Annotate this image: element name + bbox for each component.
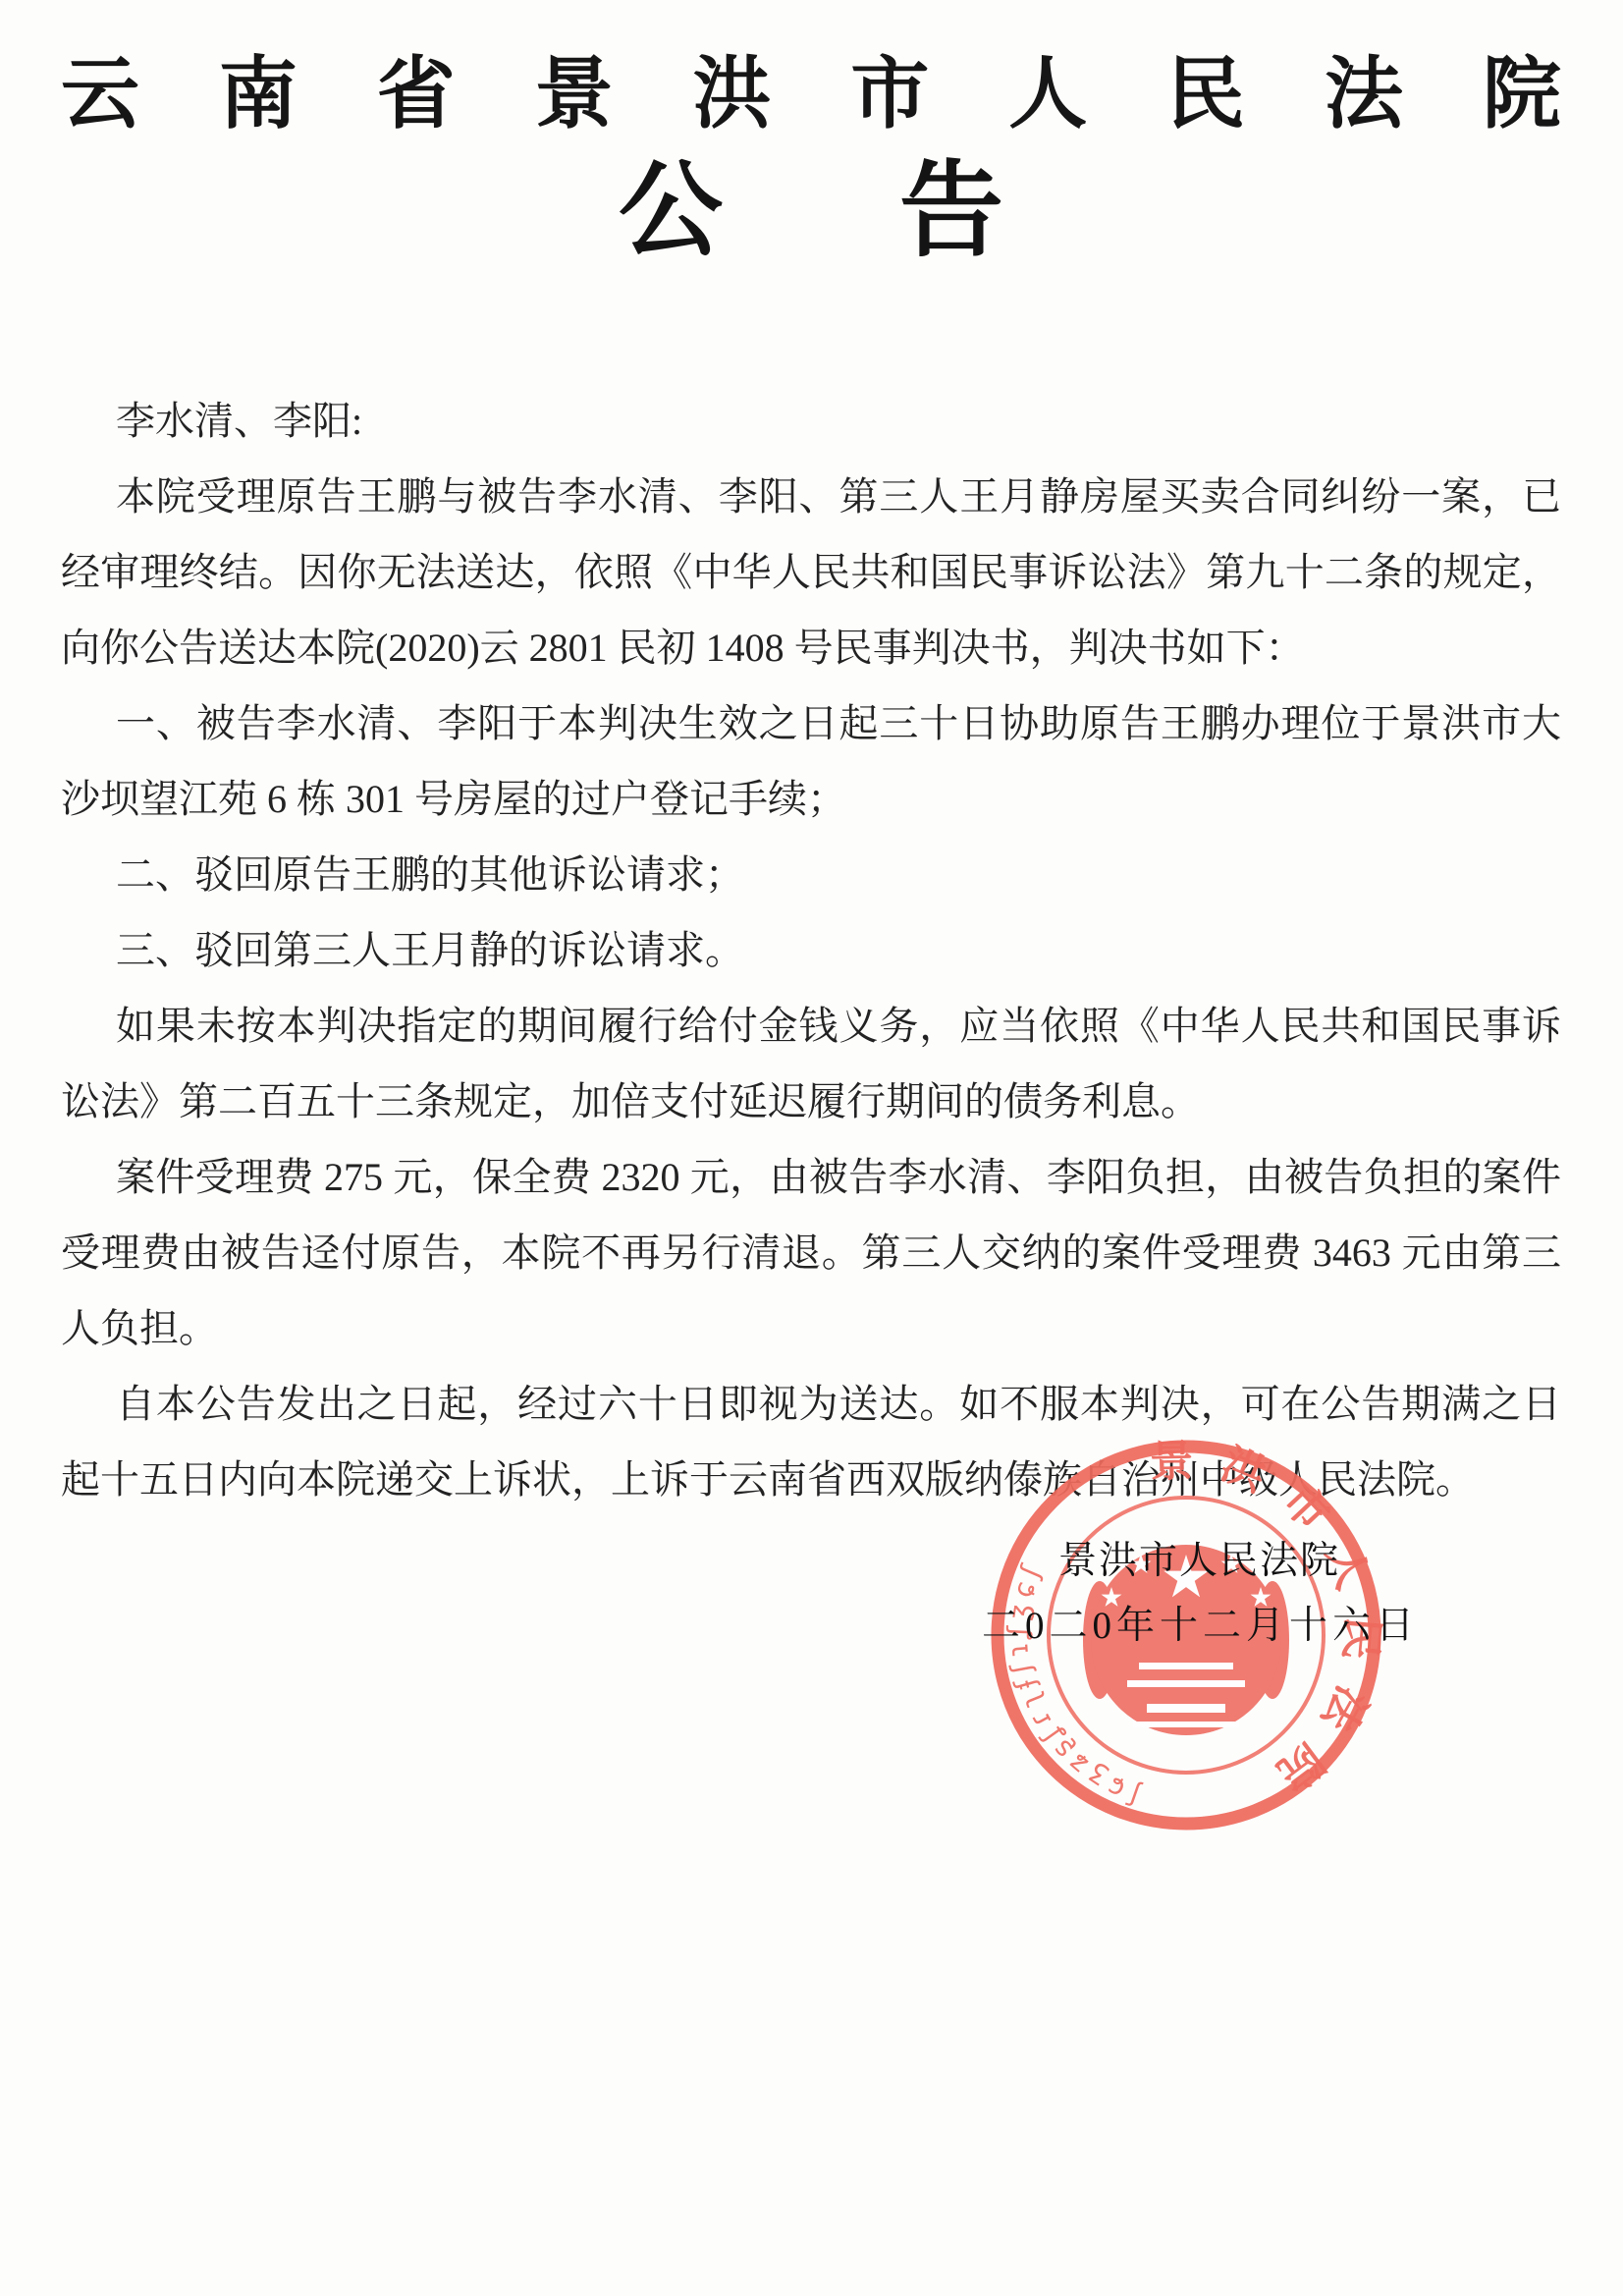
court-title-char: 洪	[693, 55, 772, 136]
paragraph: 三、驳回第三人王月静的诉讼请求。	[61, 912, 1561, 988]
court-title-char: 院	[1483, 55, 1561, 136]
notice-title: 公 告	[61, 157, 1561, 267]
paragraph: 一、被告李水清、李阳于本判决生效之日起三十日协助原告王鹏办理位于景洪市大沙坝望江…	[61, 685, 1561, 837]
signature-date: 二0二0年十二月十六日	[982, 1595, 1419, 1650]
court-title-char: 南	[219, 55, 298, 136]
court-title-char: 民	[1166, 55, 1245, 136]
notice-body: 李水清、李阳: 本院受理原告王鹏与被告李水清、李阳、第三人王月静房屋买卖合同纠纷…	[61, 383, 1561, 1517]
court-announcement-page: 云 南 省 景 洪 市 人 民 法 院 公 告 李水清、李阳: 本院受理原告王鹏…	[0, 0, 1623, 2296]
paragraph: 如果未按本判决指定的期间履行给付金钱义务，应当依照《中华人民共和国民事诉讼法》第…	[61, 988, 1561, 1139]
court-title-char: 省	[377, 55, 456, 136]
signature-court-name: 景洪市人民法院	[1058, 1530, 1340, 1585]
addressee-line: 李水清、李阳:	[61, 383, 1561, 459]
document-content: 云 南 省 景 洪 市 人 民 法 院 公 告 李水清、李阳: 本院受理原告王鹏…	[61, 55, 1561, 1517]
court-title-char: 人	[1008, 55, 1087, 136]
court-title-char: 法	[1325, 55, 1403, 136]
notice-title-char: 公	[619, 157, 723, 267]
notice-title-char: 告	[899, 157, 1003, 267]
court-title: 云 南 省 景 洪 市 人 民 法 院	[61, 55, 1561, 136]
paragraph: 本院受理原告王鹏与被告李水清、李阳、第三人王月静房屋买卖合同纠纷一案，已经审理终…	[61, 459, 1561, 685]
paragraph: 二、驳回原告王鹏的其他诉讼请求；	[61, 837, 1561, 912]
court-title-char: 市	[850, 55, 929, 136]
paragraph: 案件受理费 275 元，保全费 2320 元，由被告李水清、李阳负担，由被告负担…	[61, 1139, 1561, 1366]
court-title-char: 云	[61, 55, 139, 136]
court-title-char: 景	[535, 55, 614, 136]
